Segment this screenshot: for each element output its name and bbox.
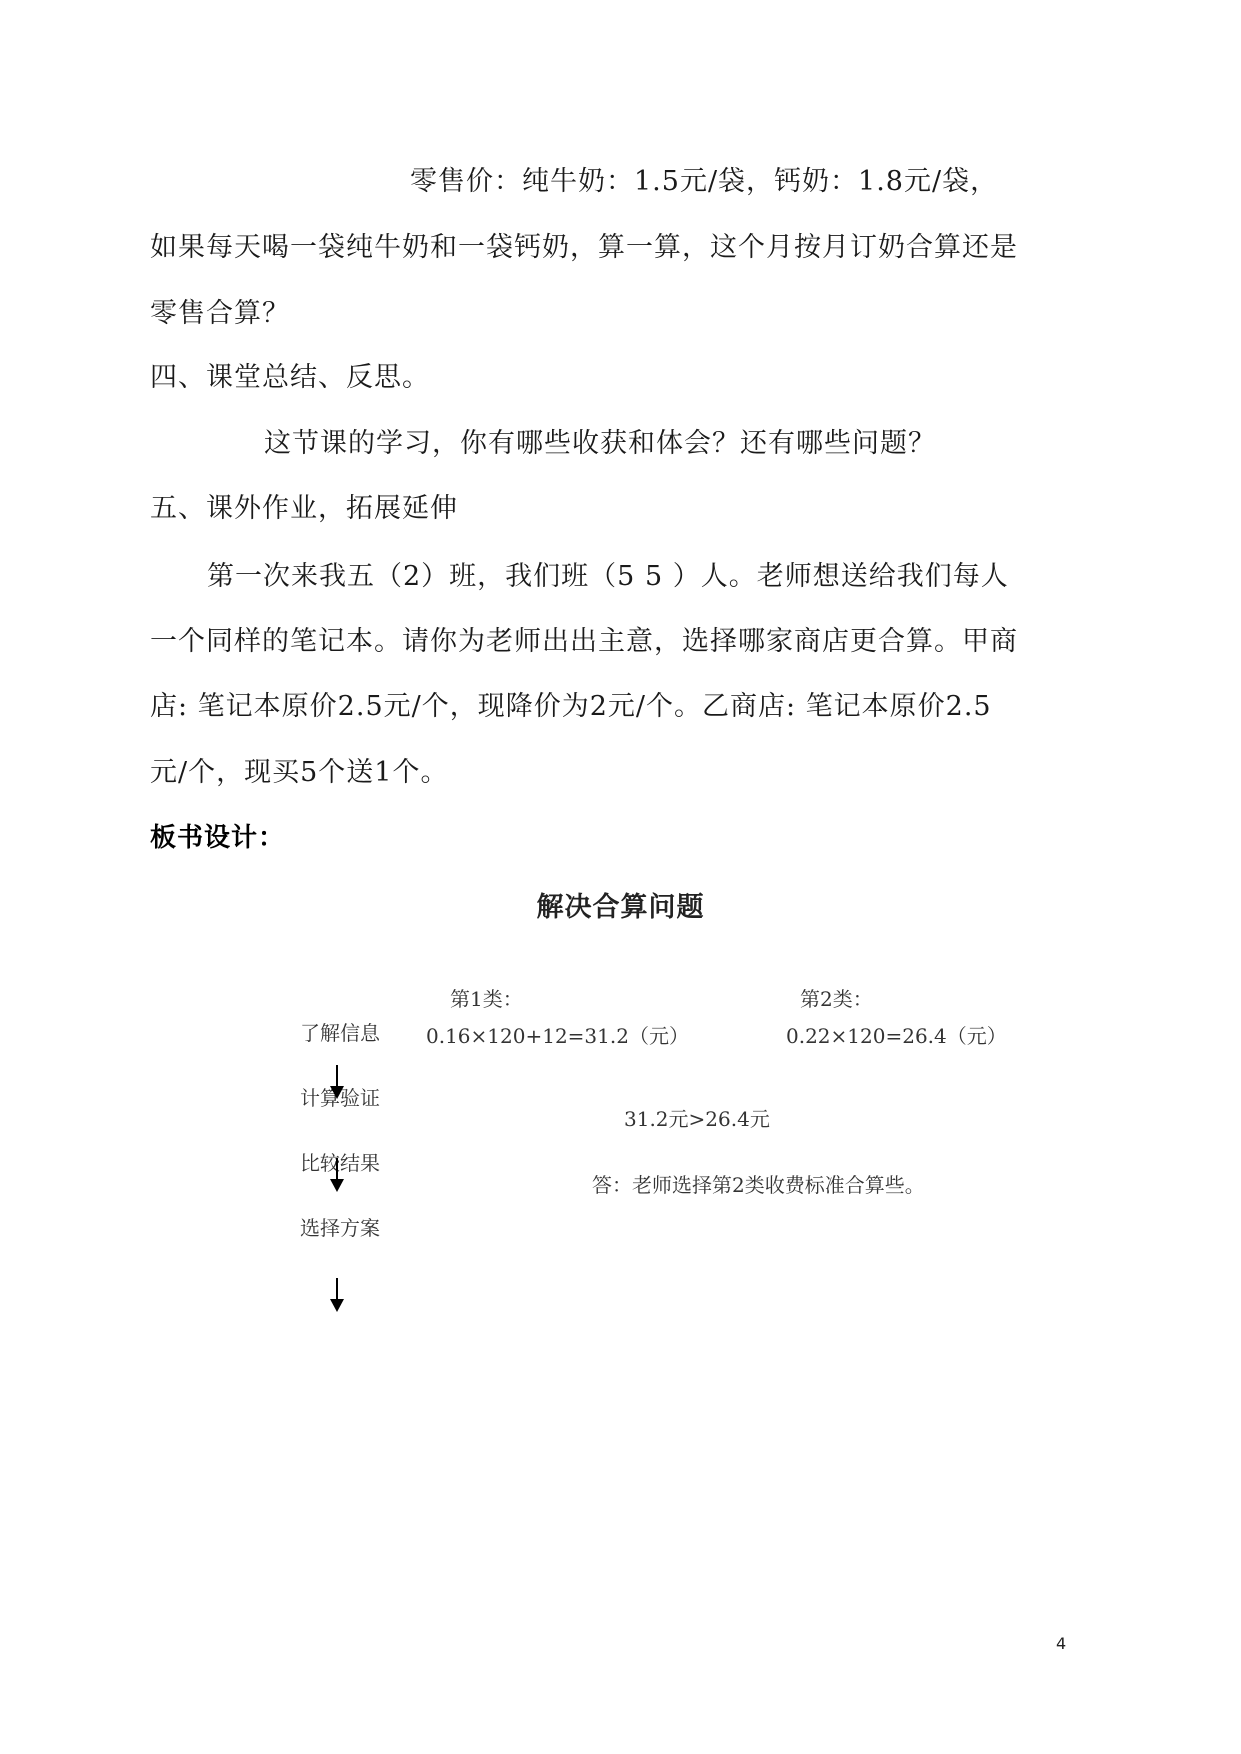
section-4-heading: 四、课堂总结、反思。 — [150, 360, 1070, 396]
category-1-formula: 0.16×120+12=31.2（元） — [426, 1023, 689, 1049]
question-line-1: 如果每天喝一袋纯牛奶和一袋钙奶，算一算，这个月按月订奶合算还是 — [150, 230, 1070, 266]
homework-line-4: 元/个，现买5个送1个。 — [150, 755, 1070, 791]
homework-line-3: 店: 笔记本原价2.5元/个，现降价为2元/个。乙商店: 笔记本原价2.5 — [150, 689, 1070, 725]
step-choose-plan: 选择方案 — [300, 1215, 380, 1241]
comparison-result: 31.2元>26.4元 — [624, 1106, 770, 1132]
homework-line-1: 第一次来我五（2）班，我们班（5 5 ）人。老师想送给我们每人 — [150, 559, 1127, 595]
board-title: 解决合算问题 — [0, 885, 1241, 924]
page-number: 4 — [1056, 1634, 1066, 1653]
step-understand-info: 了解信息 — [300, 1020, 380, 1046]
question-line-2: 零售合算？ — [150, 296, 1070, 332]
category-2-formula: 0.22×120=26.4（元） — [786, 1023, 1007, 1049]
category-1-label: 第1类： — [450, 986, 523, 1012]
down-arrow-icon — [336, 1278, 338, 1310]
category-2-label: 第2类： — [800, 986, 873, 1012]
section-5-heading: 五、课外作业，拓展延伸 — [150, 491, 1070, 527]
homework-line-2: 一个同样的笔记本。请你为老师出出主意，选择哪家商店更合算。甲商 — [150, 624, 1070, 660]
retail-price-line: 零售价：纯牛奶：1.5元/袋，钙奶：1.8元/袋， — [150, 164, 1070, 200]
down-arrow-icon — [336, 1065, 338, 1097]
reflection-question: 这节课的学习，你有哪些收获和体会？还有哪些问题？ — [150, 426, 1184, 462]
answer-text: 答：老师选择第2类收费标准合算些。 — [592, 1172, 925, 1198]
down-arrow-icon — [336, 1158, 338, 1190]
step-compare-results: 比较结果 — [300, 1150, 380, 1176]
board-design-heading: 板书设计： — [150, 820, 1070, 856]
